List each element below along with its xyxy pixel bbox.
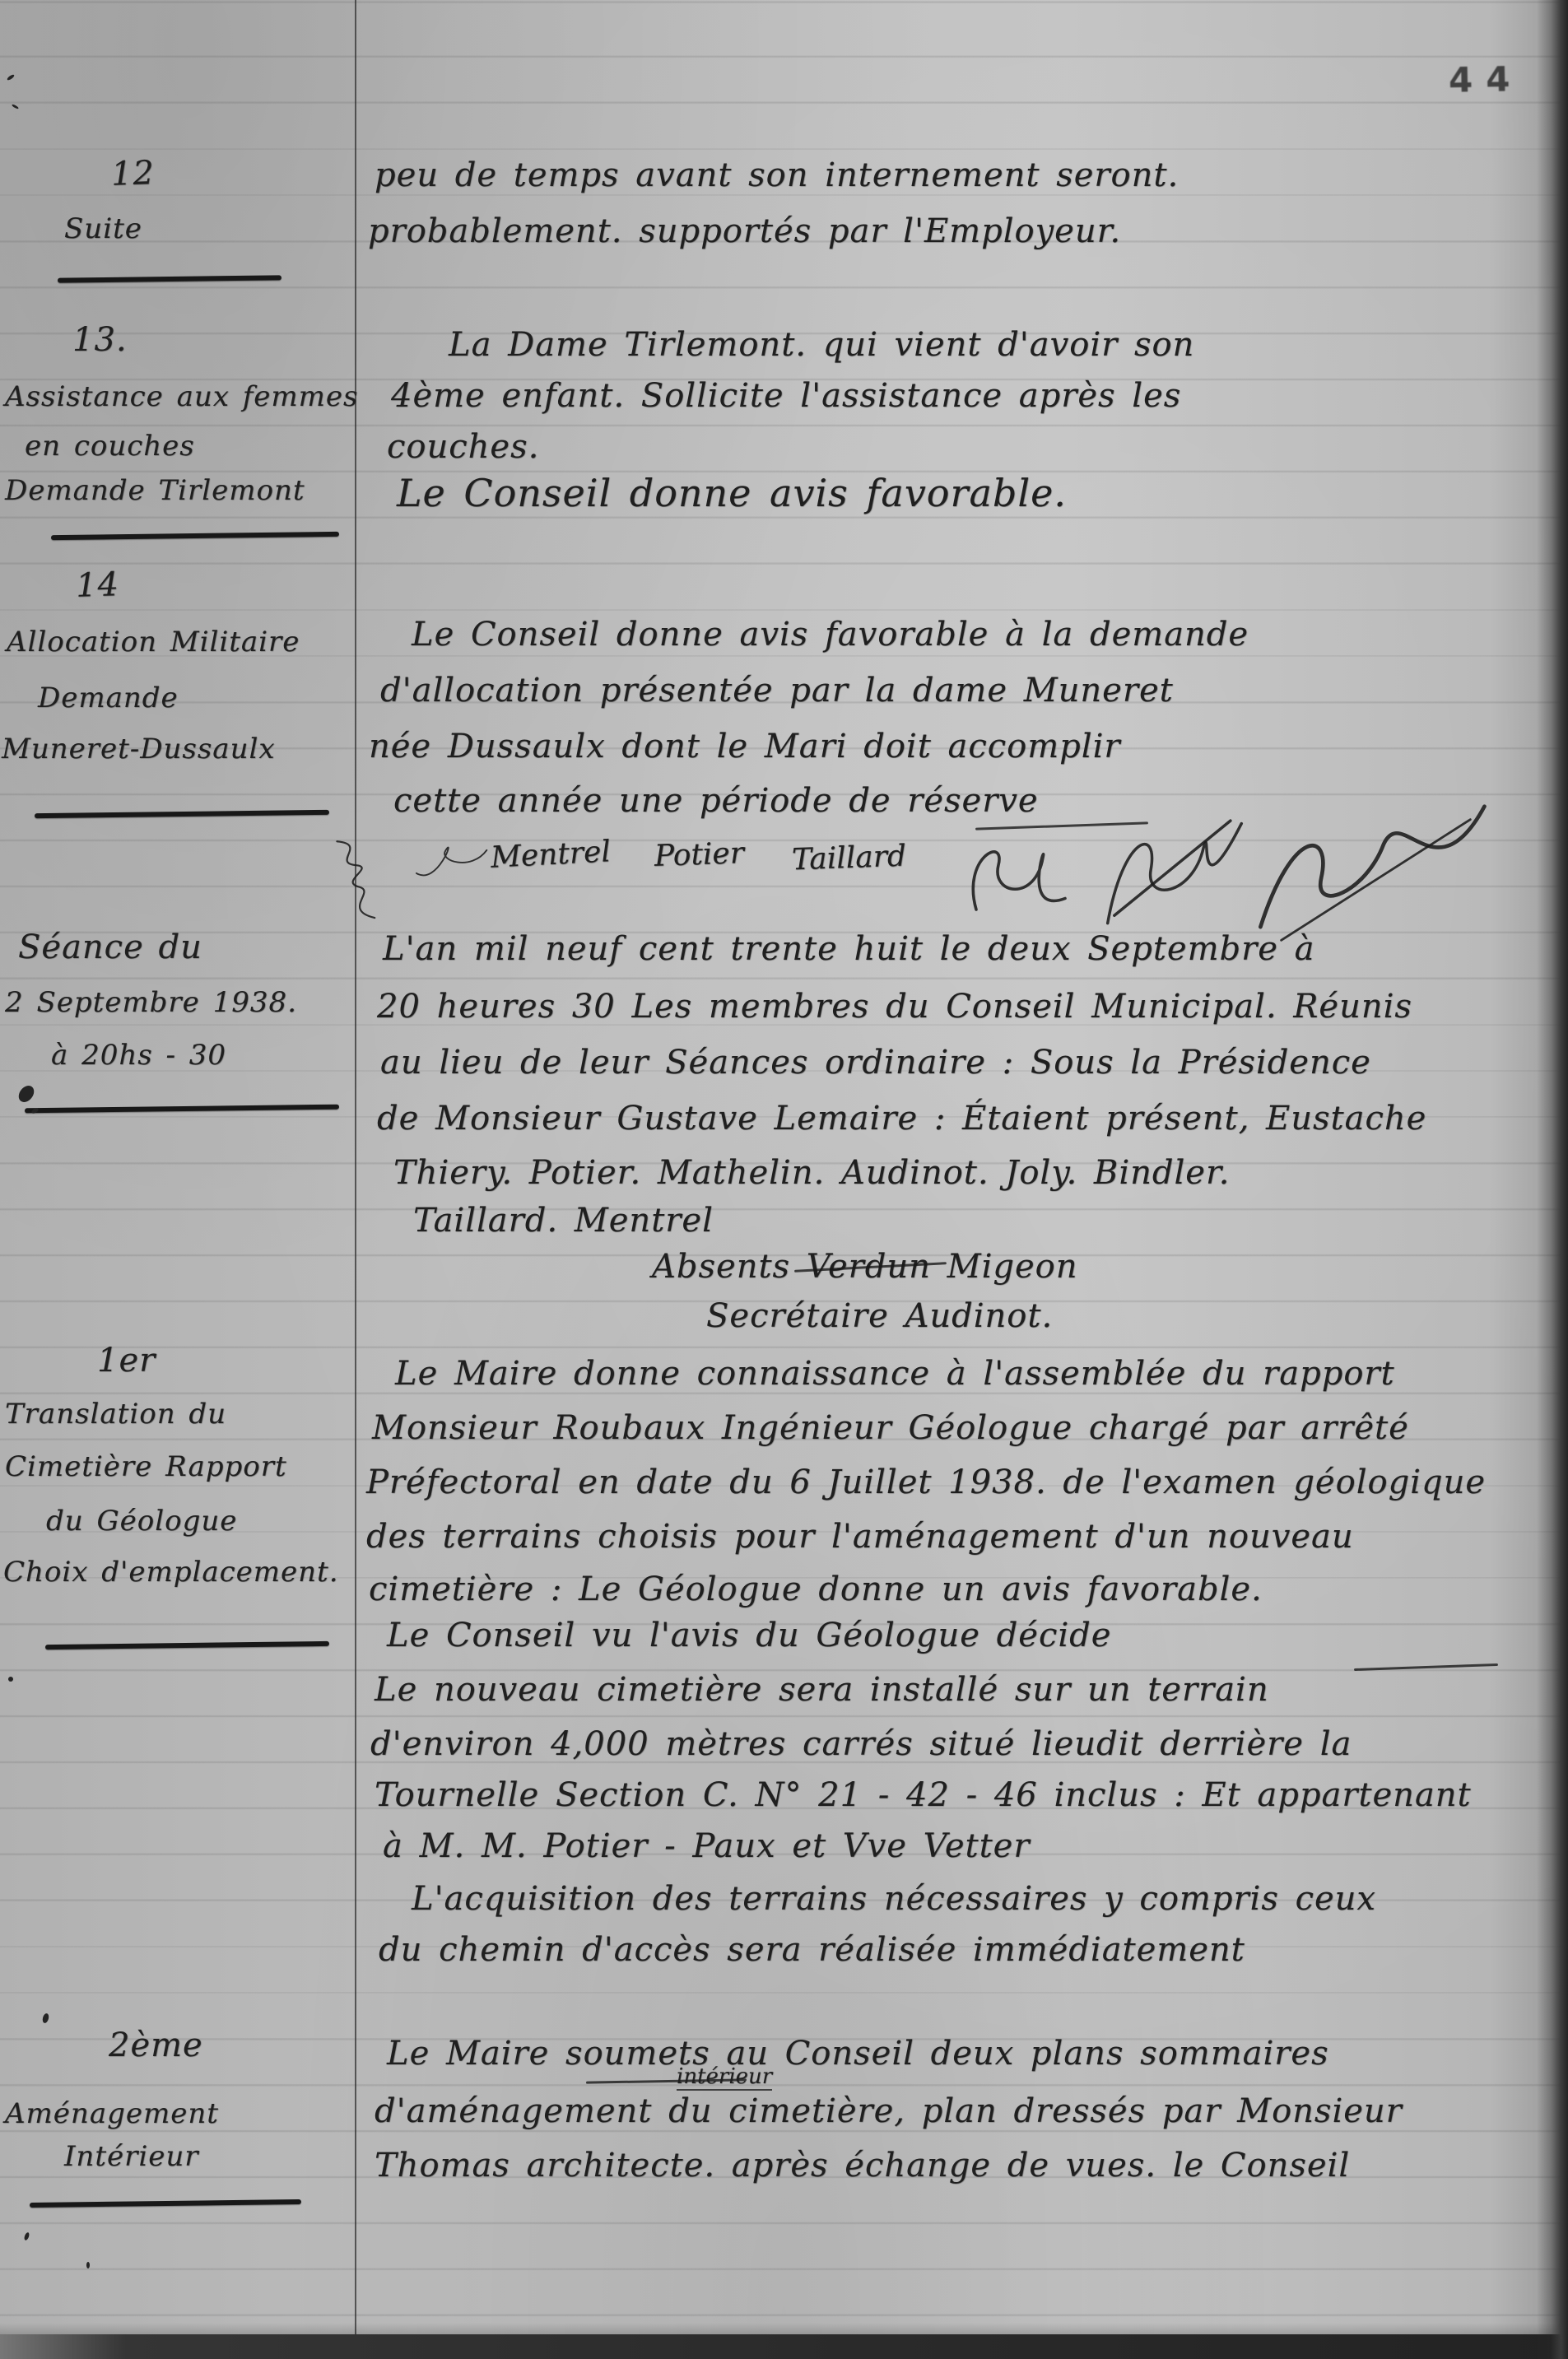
signature-flourish [281, 821, 422, 939]
entry1-body-line: Le Conseil vu l'avis du Géologue décide [387, 1617, 1111, 1654]
seance-body-line: L'an mil neuf cent trente huit le deux S… [383, 930, 1314, 968]
inserted-word-wrap: intérieur [677, 2064, 772, 2091]
entry1-margin-label: du Géologue [46, 1505, 237, 1538]
entry14-margin-label: Allocation Militaire [7, 626, 300, 658]
entry13-divider [51, 532, 339, 540]
entry13-margin-label: en couches [25, 430, 195, 463]
entry14-margin-label: Muneret-Dussaulx [2, 733, 276, 765]
seance-body-line: Taillard. Mentrel [413, 1202, 714, 1240]
page-bottom-edge [0, 2334, 1568, 2359]
entry1-divider [45, 1641, 329, 1649]
entry12-margin-label: Suite [64, 212, 142, 245]
entry12-body-line: peu de temps avant son internement seron… [375, 156, 1179, 194]
entry13-body-line: couches. [387, 428, 539, 466]
entry13-body-line: 4ème enfant. Sollicite l'assistance aprè… [391, 377, 1181, 415]
signature: Mentrel [490, 835, 612, 875]
signature-flourish [409, 829, 493, 895]
entry13-margin-label: Assistance aux femmes [5, 380, 358, 413]
ink-speck [7, 73, 15, 81]
entry1-body-line: du chemin d'accès sera réalisée immédiat… [379, 1931, 1245, 1969]
entry2-margin-label: Aménagement [5, 2097, 219, 2130]
entry2-body-line: Le Maire soumets au Conseil deux plans s… [387, 2035, 1329, 2073]
seance-margin-time: à 20hs - 30 [51, 1039, 226, 1072]
overline-stroke [1354, 1663, 1498, 1671]
page-number: 44 [1449, 58, 1524, 100]
entry2-divider [30, 2199, 301, 2208]
ink-speck [86, 2262, 90, 2268]
entry13-body-line: Le Conseil donne avis favorable. [397, 471, 1067, 515]
signature: Potier [654, 836, 744, 873]
entry1-body-line: L'acquisition des terrains nécessaires y… [412, 1880, 1376, 1918]
seance-margin-date: 2 Septembre 1938. [5, 986, 297, 1019]
entry14-divider [35, 810, 329, 818]
entry2-margin-number: 2ème [109, 2026, 203, 2064]
seance-secretary-line: Secrétaire Audinot. [706, 1297, 1053, 1335]
ink-speck [12, 104, 19, 109]
inserted-word: intérieur [677, 2064, 772, 2089]
entry12-divider [58, 275, 281, 282]
signature-flourish [947, 803, 1095, 942]
entry1-margin-label: Choix d'emplacement. [3, 1556, 339, 1589]
entry12-margin-number: 12 [110, 154, 155, 193]
entry14-body-line: d'allocation présentée par la dame Muner… [380, 672, 1174, 710]
entry1-body-line: Le Maire donne connaissance à l'assemblé… [395, 1355, 1395, 1393]
seance-margin-label: Séance du [18, 928, 202, 966]
signature: Taillard [791, 840, 906, 877]
entry14-body-line: Le Conseil donne avis favorable à la dem… [412, 616, 1249, 654]
ink-blot [16, 1082, 37, 1105]
entry14-margin-label: Demande [38, 682, 179, 714]
entry1-body-line: des terrains choisis pour l'aménagement … [366, 1518, 1354, 1556]
entry13-margin-number: 13. [72, 321, 128, 359]
register-page: 44 12 Suite peu de temps avant son inter… [0, 0, 1568, 2359]
ink-speck [23, 2231, 30, 2240]
entry1-margin-label: Cimetière Rapport [5, 1450, 287, 1483]
entry2-margin-label: Intérieur [64, 2140, 199, 2173]
seance-divider [25, 1105, 339, 1114]
entry1-body-line: Préfectoral en date du 6 Juillet 1938. d… [366, 1463, 1486, 1501]
margin-vertical-rule [355, 0, 356, 2359]
entry2-body-line: Thomas architecte. après échange de vues… [375, 2147, 1350, 2185]
entry14-body-line: née Dussaulx dont le Mari doit accomplir [369, 728, 1120, 765]
entry12-body-line: probablement. supportés par l'Employeur. [368, 212, 1121, 250]
ink-speck [8, 1677, 13, 1682]
entry14-margin-number: 14 [75, 565, 119, 605]
entry13-body-line: La Dame Tirlemont. qui vient d'avoir son [449, 326, 1194, 364]
page-right-edge [1537, 0, 1568, 2359]
entry1-body-line: cimetière : Le Géologue donne un avis fa… [369, 1570, 1263, 1608]
seance-body-line: de Monsieur Gustave Lemaire : Étaient pr… [377, 1100, 1426, 1138]
seance-body-line: Thiery. Potier. Mathelin. Audinot. Joly.… [393, 1154, 1230, 1192]
entry1-margin-label: Translation du [5, 1398, 226, 1431]
entry1-body-line: d'environ 4,000 mètres carrés situé lieu… [370, 1725, 1352, 1763]
entry1-body-line: Tournelle Section C. N° 21 - 42 - 46 inc… [375, 1776, 1472, 1814]
entry14-body-line: cette année une période de réserve [393, 782, 1039, 820]
seance-body-line: au lieu de leur Séances ordinaire : Sous… [380, 1044, 1371, 1082]
seance-body-line: 20 heures 30 Les membres du Conseil Muni… [377, 988, 1412, 1026]
ink-speck [42, 2012, 50, 2023]
entry1-body-line: à M. M. Potier - Paux et Vve Vetter [383, 1827, 1030, 1865]
entry1-margin-number: 1er [97, 1342, 156, 1380]
entry1-body-line: Monsieur Roubaux Ingénieur Géologue char… [372, 1409, 1409, 1447]
entry2-body-line: d'aménagement du cimetière, plan dressés… [375, 2092, 1403, 2130]
entry1-body-line: Le nouveau cimetière sera installé sur u… [375, 1671, 1269, 1709]
entry13-margin-label: Demande Tirlemont [5, 474, 305, 507]
